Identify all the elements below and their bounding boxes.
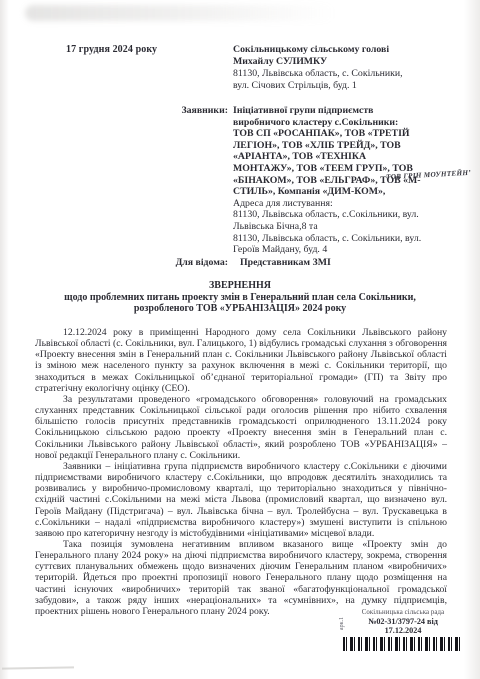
title-line2: щодо проблемних питань проекту змін в Ге… <box>30 292 450 304</box>
title-line1: ЗВЕРНЕННЯ <box>30 280 450 292</box>
paragraph-1: 12.12.2024 року в приміщенні Народного д… <box>35 327 447 394</box>
recipient-title: Сокільницькому сільському голові <box>233 44 453 56</box>
correspondence-label: Адреса для листування: <box>233 198 457 210</box>
correspondence-line: 81130, Львівська область, с. Сокільники,… <box>233 233 457 245</box>
scan-smudge-artifact <box>25 5 335 21</box>
correspondence-line: Героїв Майдану, буд. 4 <box>233 244 457 256</box>
applicants-block: Ініціативної групи підприємств виробничо… <box>233 105 457 256</box>
scan-right-edge-shadow <box>464 0 480 679</box>
paragraph-3: Заявники – ініціативна група підприємств… <box>35 461 447 539</box>
paragraph-4: Така позиція зумовлена негативним впливо… <box>35 539 447 617</box>
title-line3: розробленого ТОВ «УРБАНІЗАЦІЯ» 2024 року <box>30 303 450 315</box>
stamp-registration-number: №02-31/3797-24 від <box>336 617 470 626</box>
stamp-organization: Сокільницька сільська рада <box>336 609 470 616</box>
applicants-label: Заявники: <box>0 105 228 116</box>
document-title: ЗВЕРНЕННЯ щодо проблемних питань проекту… <box>30 280 450 315</box>
recipient-name: Михайлу СУЛИМКУ <box>233 56 453 68</box>
correspondence-line: Львівська Бічна,8 та <box>233 221 457 233</box>
recipient-block: Сокільницькому сільському голові Михайлу… <box>233 44 453 92</box>
paragraph-2: За результатами проведеного «громадськог… <box>35 394 447 461</box>
applicants-line: ТОВ СП «РОСАНПАК», ТОВ «ТРЕТІЙ <box>233 128 457 140</box>
sheet-number-label: арк.1 <box>339 617 345 630</box>
document-body: 12.12.2024 року в приміщенні Народного д… <box>35 327 447 617</box>
scan-left-edge-shadow <box>0 0 9 679</box>
applicants-line: Ініціативної групи підприємств <box>233 105 457 117</box>
document-date: 17 грудня 2024 року <box>66 44 157 55</box>
correspondence-line: 81130, Львівська область, с.Сокільники, … <box>233 209 457 221</box>
applicants-line: ЛЕГІОН», ТОВ «ХЛІБ ТРЕЙД», ТОВ <box>233 140 457 152</box>
stamp-registration-date: 17.12.2024 <box>336 626 470 635</box>
scanned-document-page: 17 грудня 2024 року Сокільницькому сільс… <box>0 0 480 679</box>
barcode <box>343 637 463 651</box>
scan-bottom-artifact <box>2 666 74 669</box>
applicants-line: виробничого кластеру с.Сокільники: <box>233 117 457 129</box>
registration-stamp: арк.1 Сокільницька сільська рада №02-31/… <box>336 609 470 651</box>
applicants-line: СТИЛЬ», Компанія «ДИМ-КОМ», <box>233 186 457 198</box>
applicants-line: «АРІАНТА», ТОВ «ТЕХНІКА <box>233 151 457 163</box>
recipient-address-line2: вул. Січових Стрільців, буд. 1 <box>233 80 453 92</box>
for-info-label: Для відома: <box>0 257 228 268</box>
recipient-address-line1: 81130, Львівська область, с. Сокільники, <box>233 68 453 80</box>
for-info-value: Представникам ЗМІ <box>240 257 331 268</box>
